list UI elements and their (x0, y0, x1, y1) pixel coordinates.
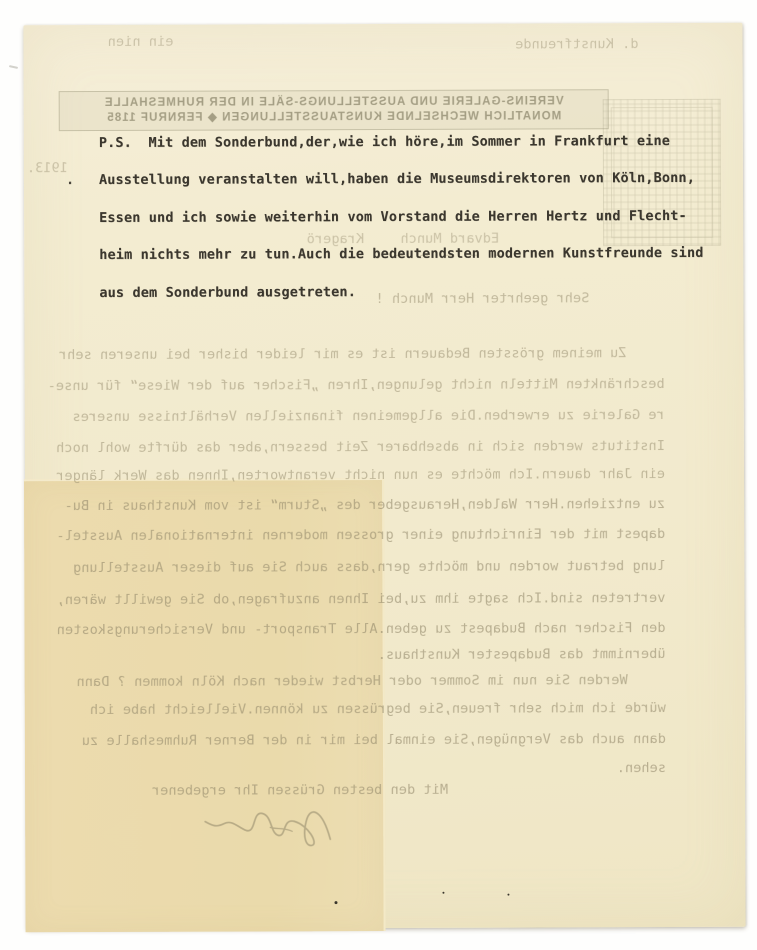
typed-line: P.S. Mit dem Sonderbund,der,wie ich höre… (99, 134, 670, 151)
paper-speck (334, 901, 337, 904)
typed-line: Ausstellung veranstalten will,haben die … (99, 171, 695, 188)
typed-line: Essen und ich sowie weiterhin vom Vorsta… (99, 209, 687, 226)
typed-postscript-block: . P.S. Mit dem Sonderbund,der,wie ich hö… (23, 23, 745, 930)
scanner-background-mark (9, 65, 18, 69)
typed-line: heim nichts mehr zu tun.Auch die bedeute… (99, 246, 703, 263)
stray-period-mark: . (66, 173, 74, 188)
paper-speck (442, 892, 444, 894)
scanned-letter-page: ein nien d. Kunstfreunde VEREINS-GALERIE… (0, 0, 757, 950)
typed-line: aus dem Sonderbund ausgetreten. (99, 285, 356, 301)
letter-paper-sheet: ein nien d. Kunstfreunde VEREINS-GALERIE… (23, 23, 745, 930)
paper-speck (507, 894, 509, 896)
